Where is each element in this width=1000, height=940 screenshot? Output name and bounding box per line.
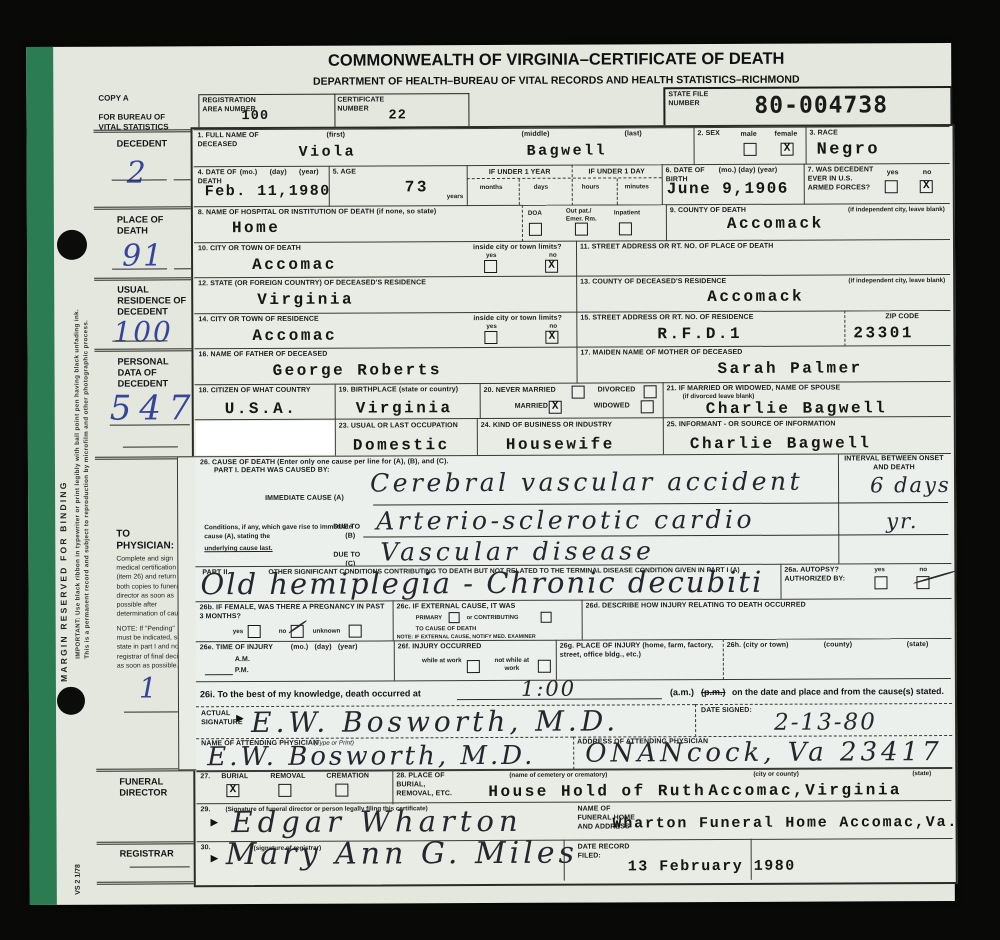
doa-checkbox (529, 223, 542, 236)
date-record-filed-label: DATE RECORD FILED: (578, 843, 633, 861)
dashed-divider (617, 178, 618, 204)
conditions-note: Conditions, if any, which gave rise to i… (204, 524, 354, 542)
field-26e-label: 26e. TIME OF INJURY (200, 644, 273, 653)
state-file-value: 80-004738 (754, 92, 888, 119)
field-26c-label: 26c. IF EXTERNAL CAUSE, IT WAS (397, 603, 516, 612)
removal-label: REMOVAL (270, 773, 305, 782)
county-of-death-value: Accomack (727, 216, 824, 234)
while-at-work-checkbox (467, 660, 480, 673)
primary-checkbox (449, 612, 460, 623)
registrar-signature-handwriting: Mary Ann G. Miles (226, 839, 578, 871)
widowed-checkbox (641, 400, 654, 413)
field-14-label: 14. CITY OR TOWN OF RESIDENCE (198, 316, 319, 325)
time-of-death-handwriting: 1:00 (521, 679, 576, 700)
sex-male-label: male (741, 131, 757, 140)
decedent-margin-number: 2 (127, 158, 148, 188)
field-13-hint: (if independent city, leave blank) (817, 277, 945, 285)
field-26g-label: 26g. PLACE OF INJURY (home, farm, factor… (560, 642, 718, 660)
field-26d-label: 26d. DESCRIBE HOW INJURY RELATING TO DEA… (586, 601, 946, 611)
field-19-label: 19. BIRTHPLACE (state or country) (339, 386, 479, 395)
place-of-burial-value: House Hold of Ruth (488, 783, 706, 802)
age-unit-label: years (447, 193, 464, 201)
due-to-c-label: DUE TO (333, 552, 360, 561)
to-physician-label: TO PHYSICIAN: (116, 528, 186, 552)
field-5-label: 5. AGE (333, 169, 356, 178)
sex-female-checkbox: X (781, 143, 794, 156)
time-line (205, 674, 233, 675)
limits-yes-label: yes (486, 252, 497, 260)
armed-forces-yes-label: yes (887, 169, 899, 178)
decedent-label: DECEDENT (117, 138, 168, 149)
punch-hole (57, 230, 87, 260)
authorized-by-label: AUTHORIZED BY: (784, 575, 845, 584)
sex-female-label: female (775, 131, 798, 140)
registrar-arrow-icon: ▶ (211, 854, 219, 864)
usual-residence-label: USUAL RESIDENCE OF DECEDENT (117, 284, 197, 317)
attending-name-handwriting: E.W. Bosworth, M.D. (207, 743, 535, 770)
registrar-label: REGISTRAR (120, 848, 174, 859)
race-value: Negro (817, 141, 881, 160)
field-18-label: 18. CITIZEN OF WHAT COUNTRY (199, 387, 329, 396)
limits-yes-checkbox (484, 331, 497, 344)
zip-value: 23301 (853, 325, 914, 343)
field-16-label: 16. NAME OF FATHER OF DECEASED (198, 351, 327, 360)
pm-text-struck: (p.m.) (701, 687, 726, 698)
under-1-day-label: IF UNDER 1 DAY (574, 168, 660, 177)
dashed-divider (519, 179, 520, 205)
months-label: months (480, 184, 503, 192)
personal-data-label: PERSONAL DATA OF DECEDENT (117, 356, 187, 389)
field-9-hint: (if independent city, leave blank) (817, 206, 945, 214)
field-24-label: 24. KIND OF BUSINESS OR INDUSTRY (481, 421, 661, 431)
cremation-checkbox (335, 784, 348, 797)
autopsy-no-label: no (919, 566, 927, 574)
limits-yes-label: yes (486, 323, 497, 331)
armed-forces-yes-checkbox (885, 180, 898, 193)
inpatient-checkbox (619, 222, 632, 235)
outpatient-checkbox (575, 223, 588, 236)
field-30-number: 30. (201, 844, 211, 853)
state-file-label: STATE FILE NUMBER (668, 91, 713, 109)
margin-important-text-2: This is a permanent record and subject t… (82, 320, 90, 659)
field-1-first-hint: (first) (327, 132, 346, 141)
funeral-director-label: FUNERAL DIRECTOR (119, 776, 179, 798)
removal-checkbox (278, 784, 291, 797)
minutes-label: minutes (625, 183, 649, 191)
armed-forces-no-label: no (923, 169, 932, 178)
funeral-home-value: Wharton Funeral Home Accomac,Va. (612, 815, 958, 833)
punch-hole (57, 687, 85, 715)
field-28-label: 28. PLACE OF BURIAL, REMOVAL, ETC. (396, 772, 456, 799)
informant-value: Charlie Bagwell (690, 435, 872, 453)
city-of-death-value: Accomac (252, 257, 337, 275)
field-15-label: 15. STREET ADDRESS OR RT. NO. OF RESIDEN… (580, 314, 753, 324)
part-2-handwriting: Old hemiplegia - Chronic decubiti (200, 568, 763, 599)
certificate-number-value: 22 (388, 109, 407, 124)
interval-a-handwriting: 6 days (870, 475, 951, 496)
part-1-label: PART I. DEATH WAS CAUSED BY: (214, 467, 330, 476)
field-25-label: 25. INFORMANT - OR SOURCE OF INFORMATION (667, 420, 927, 430)
never-married-checkbox (572, 386, 585, 399)
limits-no-checkbox: X (545, 331, 558, 344)
age-value: 73 (405, 179, 429, 197)
divorced-label: DIVORCED (598, 386, 636, 395)
field-3-label: 3. RACE (810, 129, 838, 138)
am-text: (a.m.) (670, 687, 694, 698)
date-of-death-value: Feb. 11,1980 (205, 184, 331, 201)
city-of-residence-value: Accomac (252, 328, 337, 346)
to-cause-label: TO CAUSE OF DEATH (416, 626, 477, 633)
date-signed-label: DATE SIGNED: (701, 707, 752, 716)
signature-arrow-icon: ▶ (236, 714, 244, 724)
field-1-last-hint: (last) (625, 130, 642, 139)
father-name-value: George Roberts (273, 362, 442, 380)
primary-label: PRIMARY (416, 615, 443, 622)
physician-margin-number: 1 (139, 674, 159, 702)
state-hint: (state) (907, 641, 929, 650)
under-1-year-label: IF UNDER 1 YEAR (470, 169, 570, 178)
funeral-director-signature-handwriting: Edgar Wharton (231, 807, 522, 837)
sex-male-checkbox (744, 143, 757, 156)
pm-label: P.M. (235, 667, 249, 676)
mother-name-value: Sarah Palmer (718, 360, 863, 378)
death-certificate-document: MARGIN RESERVED FOR BINDING IMPORTANT: U… (26, 43, 955, 905)
field-26i-text-end: on the date and place and from the cause… (732, 686, 944, 697)
field-7-label: 7. WAS DECEDENT EVER IN U.S. ARMED FORCE… (808, 166, 880, 193)
cremation-label: CREMATION (326, 773, 369, 782)
form-code: VS 2 1/78 (75, 864, 82, 895)
county-of-residence-value: Accomack (707, 289, 804, 307)
field-27-number: 27. (200, 773, 210, 782)
conditions-note-underlined: underlying cause last. (204, 545, 272, 554)
limits-yes-checkbox (484, 260, 497, 273)
cemetery-hint: (name of cemetery or crematory) (509, 771, 607, 779)
date-filed-value: 13 February 1980 (628, 859, 796, 876)
burial-city-value: Accomac,Virginia (708, 782, 902, 800)
zip-label: ZIP CODE (885, 313, 919, 322)
last-name-value: Bagwell (527, 143, 608, 160)
margin-binding-text: MARGIN RESERVED FOR BINDING (58, 480, 69, 681)
interval-header: INTERVAL BETWEEN ONSET AND DEATH (841, 455, 947, 473)
while-at-work-label: while at work (421, 657, 463, 665)
limits-no-label: no (549, 323, 557, 331)
binding-strip (26, 47, 57, 905)
field-8-label: 8. NAME OF HOSPITAL OR INSTITUTION OF DE… (198, 208, 518, 218)
first-name-value: Viola (299, 145, 357, 162)
cause-b-handwriting: Arterio-sclerotic cardio (376, 507, 755, 534)
days-label: days (534, 184, 548, 192)
divorced-checkbox (644, 385, 657, 398)
certificate-title: COMMONWEALTH OF VIRGINIA–CERTIFICATE OF … (276, 49, 836, 70)
field-10-label: 10. CITY OR TOWN OF DEATH (198, 245, 301, 254)
doa-label: DOA (528, 210, 542, 218)
outpatient-label: Out pat./ Emer. Rm. (566, 207, 606, 222)
field-1-label: 1. FULL NAME OF DECEASED (198, 132, 268, 150)
field-1-box (193, 127, 693, 167)
field-23-label: 23. USUAL OR LAST OCCUPATION (339, 422, 474, 431)
pregnancy-unknown-label: unknown (313, 628, 341, 636)
limits-no-label: no (549, 252, 557, 260)
autopsy-yes-checkbox (874, 576, 887, 589)
never-married-label: 20. NEVER MARRIED (484, 387, 556, 396)
county-hint: (county) (824, 641, 852, 650)
place-of-death-institution-value: Home (232, 220, 280, 238)
pregnancy-no-label: no (279, 628, 287, 636)
pregnancy-yes-label: yes (233, 628, 244, 636)
field-13-label: 13. COUNTY OF DECEASED'S RESIDENCE (580, 278, 726, 287)
pregnancy-unknown-checkbox (349, 625, 362, 638)
field-26b-label: 26b. IF FEMALE, WAS THERE A PREGNANCY IN… (200, 603, 385, 621)
field-26f-label: 26f. INJURY OCCURRED (398, 643, 482, 652)
place-margin-number: 91 (122, 241, 164, 271)
not-at-work-checkbox (538, 660, 551, 673)
copy-label: COPY A (98, 94, 128, 105)
autopsy-yes-label: yes (874, 566, 885, 574)
am-label: A.M. (235, 656, 250, 665)
burial-label: BURIAL (221, 773, 248, 782)
field-26e-units: (mo.) (day) (year) (291, 644, 358, 653)
married-checkbox: X (549, 401, 562, 414)
married-label: MARRIED (515, 403, 548, 412)
contributing-label: or CONTRIBUTING (467, 615, 519, 622)
field-2-label: 2. SEX (698, 130, 720, 139)
limits-no-checkbox: X (545, 260, 558, 273)
field-26a-label: 26a. AUTOPSY? (784, 566, 839, 575)
field-12-label: 12. STATE (OR FOREIGN COUNTRY) OF DECEAS… (198, 279, 426, 289)
street-address-value: R.F.D.1 (657, 326, 742, 344)
physician-signature-handwriting: E.W. Bosworth, M.D. (251, 707, 619, 737)
state-of-residence-value: Virginia (257, 292, 354, 310)
funeral-director-arrow-icon: ▶ (210, 818, 218, 828)
burial-checkbox: X (226, 784, 239, 797)
pregnancy-yes-checkbox (248, 625, 261, 638)
widowed-label: WIDOWED (594, 402, 630, 411)
field-11-label: 11. STREET ADDRESS OR RT. NO. OF PLACE O… (580, 243, 773, 253)
contributing-checkbox (541, 612, 552, 623)
occupation-value: Domestic (353, 437, 450, 455)
residence-margin-number: 100 (113, 318, 173, 346)
field-26h-label: 26h. (city or town) (727, 642, 789, 651)
not-while-at-work-label: not while at work (489, 657, 535, 672)
attending-address-handwriting: ONANcock, Va 23417 (585, 739, 943, 767)
hours-label: hours (582, 184, 600, 192)
redacted-area (196, 421, 335, 456)
interval-b-handwriting: yr. (886, 511, 918, 532)
date-signed-handwriting: 2-13-80 (774, 711, 877, 734)
field-6-units: (mo.) (day) (year) (719, 167, 778, 176)
citizenship-value: U.S.A. (225, 401, 298, 419)
state-hint: (state) (912, 770, 931, 778)
margin-important-text-1: IMPORTANT: Use black ribbon in typewrite… (73, 309, 82, 659)
field-4-units: (mo.) (day) (year) (240, 169, 319, 178)
cause-c-handwriting: Vascular disease (380, 538, 655, 564)
field-17-label: 17. MAIDEN NAME OF MOTHER OF DECEASED (580, 349, 742, 358)
cause-a-handwriting: Cerebral vascular accident (370, 469, 803, 496)
place-of-death-label: PLACE OF DEATH (117, 214, 177, 236)
immediate-cause-label: IMMEDIATE CAUSE (A) (265, 495, 344, 504)
margin-underline (174, 179, 192, 180)
registration-area-value: 100 (241, 110, 269, 125)
field-26i-text: 26i. To the best of my knowledge, death … (200, 688, 421, 700)
city-county-hint: (city or county) (753, 771, 799, 779)
field-29-number: 29. (200, 806, 210, 815)
armed-forces-no-checkbox: X (920, 180, 933, 193)
field-1-middle-hint: (middle) (522, 131, 550, 140)
margin-underline (174, 268, 192, 269)
birthplace-value: Virginia (356, 400, 453, 418)
date-of-birth-value: June 9,1906 (667, 181, 789, 199)
inpatient-label: Inpatient (614, 209, 640, 217)
industry-value: Housewife (506, 436, 615, 454)
